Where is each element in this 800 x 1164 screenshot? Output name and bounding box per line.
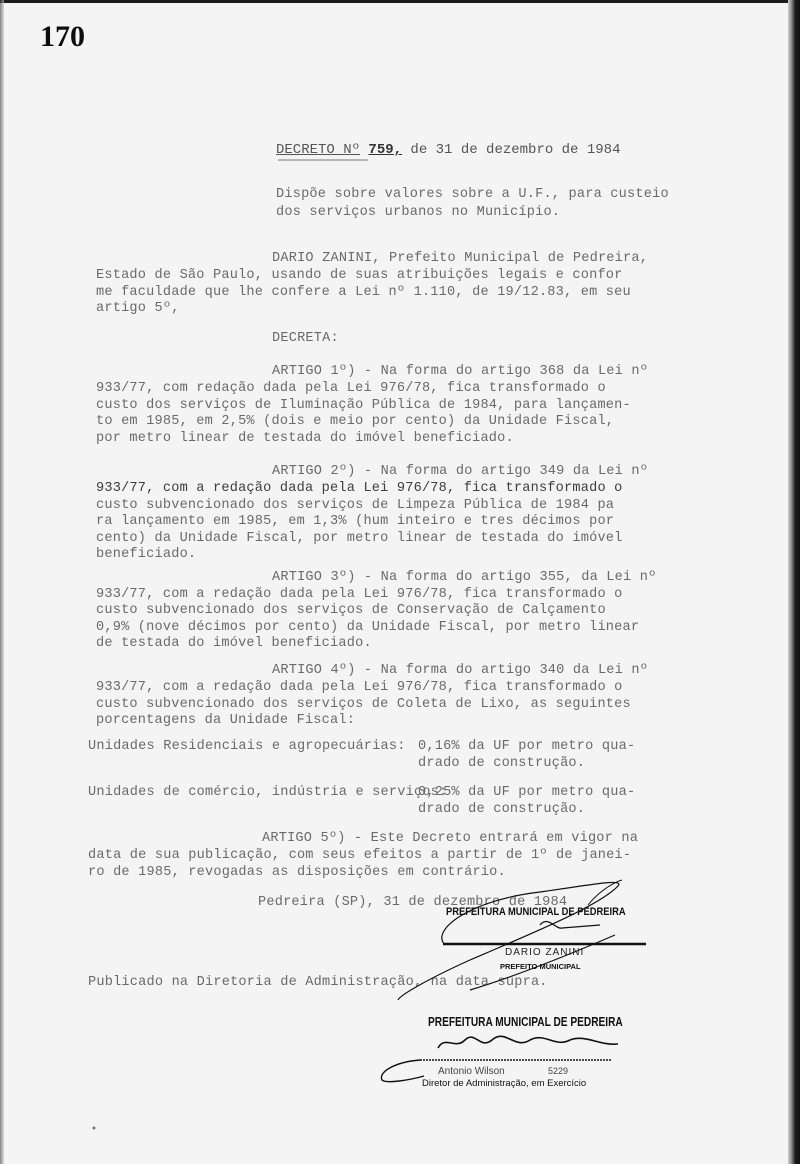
article-2-line: ra lançamento em 1985, em 1,3% (hum inte… — [96, 513, 614, 530]
article-2-line: custo subvencionado dos serviços de Limp… — [96, 497, 614, 514]
article-4-line: 933/77, com a redação dada pela Lei 976/… — [96, 679, 623, 696]
decree-date: de 31 de dezembro de 1984 — [402, 142, 620, 158]
mayor-name: DARIO ZANINI — [505, 947, 584, 958]
rate-label-commercial: Unidades de comércio, indústria e serviç… — [88, 784, 447, 801]
director-signature — [438, 1036, 618, 1048]
article-3-line: custo subvencionado dos serviços de Cons… — [96, 602, 606, 619]
page-number: 170 — [40, 20, 85, 54]
article-2-line: cento) da Unidade Fiscal, por metro line… — [96, 530, 623, 547]
article-4-line: ARTIGO 4º) - Na forma do artigo 340 da L… — [272, 662, 648, 679]
article-3-line: 933/77, com a redação dada pela Lei 976/… — [96, 586, 623, 603]
article-4-line: custo subvencionado dos serviços de Cole… — [96, 696, 631, 713]
scan-right-edge — [788, 0, 800, 1164]
article-3-line: de testada do imóvel beneficiado. — [96, 635, 372, 652]
scan-left-edge — [0, 0, 4, 1164]
article-1-line: custo dos serviços de Iluminação Pública… — [96, 397, 631, 414]
decree-number: 759, — [368, 142, 402, 158]
ementa-line: dos serviços urbanos no Município. — [276, 204, 560, 221]
article-3-line: 0,9% (nove décimos por cento) da Unidade… — [96, 619, 639, 636]
article-2-line: ARTIGO 2º) - Na forma do artigo 349 da L… — [272, 463, 648, 480]
article-4-line: porcentagens da Unidade Fiscal: — [96, 712, 355, 729]
article-1-line: por metro linear de testada do imóvel be… — [96, 430, 514, 447]
ementa-line: Dispõe sobre valores sobre a U.F., para … — [276, 186, 669, 203]
mayor-stamp-header: PREFEITURA MUNICIPAL DE PEDREIRA — [446, 906, 626, 918]
mayor-role: PREFEITO MUNICIPAL — [500, 962, 581, 971]
article-1-line: ARTIGO 1º) - Na forma do artigo 368 da L… — [272, 363, 648, 380]
preamble-line: me faculdade que lhe confere a Lei nº 1.… — [96, 284, 631, 301]
rate-value-commercial-cont: drado de construção. — [418, 801, 585, 818]
director-code: 5229 — [548, 1066, 568, 1076]
preamble-line: Estado de São Paulo, usando de suas atri… — [96, 267, 623, 284]
decree-title-prefix: DECRETO Nº — [276, 142, 360, 158]
scan-top-edge — [0, 0, 800, 3]
article-5-line: ro de 1985, revogadas as disposições em … — [88, 864, 506, 881]
article-5-line: ARTIGO 5º) - Este Decreto entrará em vig… — [262, 830, 638, 847]
rate-value-commercial: 0,25% da UF por metro qua- — [418, 784, 635, 801]
article-2-line: beneficiado. — [96, 546, 196, 563]
article-1-line: 933/77, com redação dada pela Lei 976/78… — [96, 380, 606, 397]
preamble-line: artigo 5º, — [96, 300, 180, 317]
article-5-line: data de sua publicação, com seus efeitos… — [88, 847, 631, 864]
preamble-line: DARIO ZANINI, Prefeito Municipal de Pedr… — [272, 250, 648, 267]
rate-value-residential: 0,16% da UF por metro qua- — [418, 738, 635, 755]
decree-title: DECRETO Nº 759, de 31 de dezembro de 198… — [276, 142, 620, 158]
rate-value-residential-cont: drado de construção. — [418, 755, 585, 772]
rate-label-residential: Unidades Residenciais e agropecuárias: — [88, 738, 406, 755]
director-stamp-header: PREFEITURA MUNICIPAL DE PEDREIRA — [428, 1014, 623, 1029]
director-name: Antonio Wilson — [438, 1066, 505, 1077]
article-3-line: ARTIGO 3º) - Na forma do artigo 355, da … — [272, 569, 656, 586]
director-role: Diretor de Administração, em Exercício — [422, 1078, 586, 1089]
decreta-heading: DECRETA: — [272, 330, 339, 347]
article-1-line: to em 1985, em 2,5% (dois e meio por cen… — [96, 413, 614, 430]
publication-note: Publicado na Diretoria de Administração,… — [88, 974, 548, 991]
article-2-line: 933/77, com a redação dada pela Lei 976/… — [96, 480, 623, 497]
